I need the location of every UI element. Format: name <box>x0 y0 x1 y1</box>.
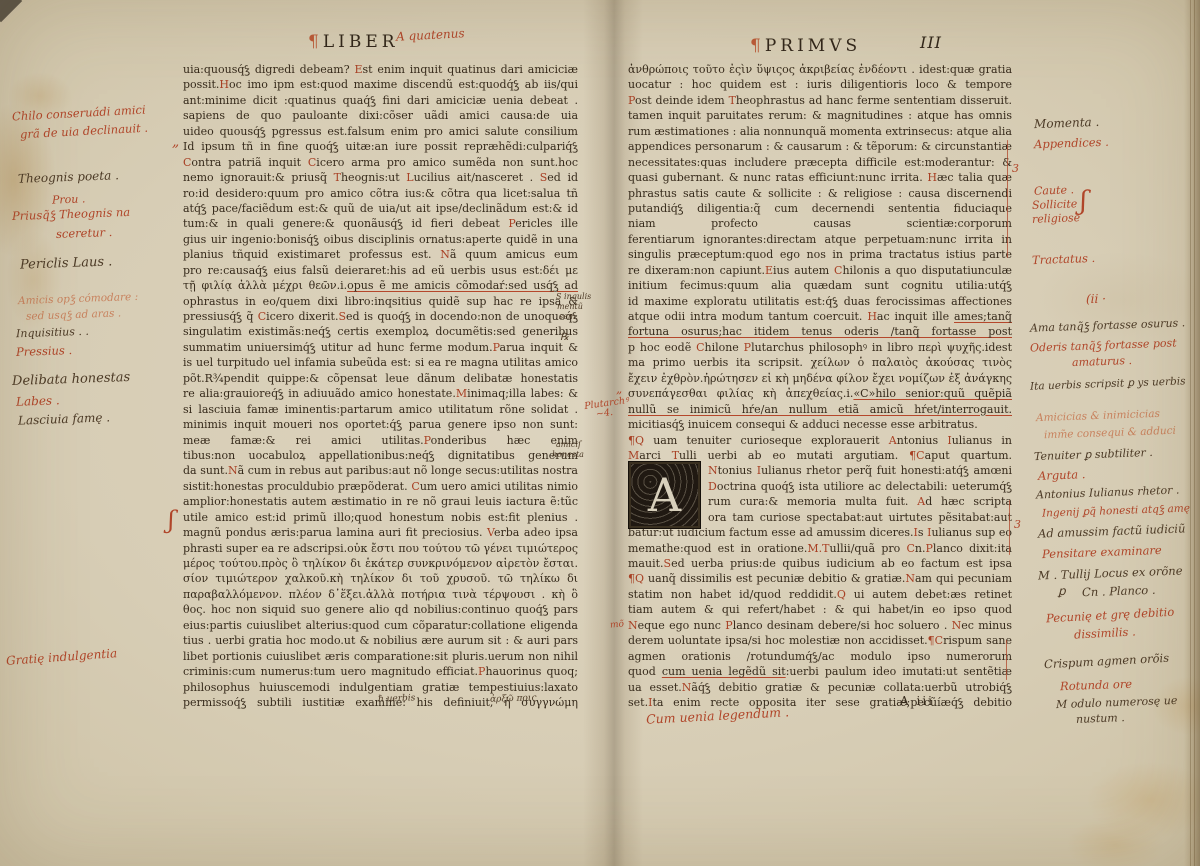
text-line: fortuna osurus;hac itidem tenus oderis /… <box>628 324 1012 339</box>
printed-text: eque ego nunc <box>638 619 726 632</box>
printed-text: ulli uerbi ab eo mutati argutiam. <box>679 449 909 462</box>
margin-annotation: Appendices . <box>1034 135 1109 152</box>
text-line: tibus:non uocabuloꝝ appellationibus:neq́… <box>183 448 578 463</box>
margin-annotation: Delibata honestas <box>12 370 131 389</box>
rubricated-text: H <box>219 78 229 91</box>
printed-text: meæ famæ:& rei amici utilitas. <box>183 434 424 447</box>
printed-text: heophrastus ad hanc ferme sententiam dis… <box>736 94 1012 107</box>
printed-text: atque odii intra modum tantum coercuit. <box>628 310 867 323</box>
printed-text: ac inquit ille <box>877 310 954 323</box>
rubricated-text: M <box>456 387 467 400</box>
printed-text: magnũ pondus æris:parua lamina auri fit … <box>183 526 487 539</box>
text-line: ¶Q uanq̃ dissimilis est pecuniæ debitio … <box>628 571 1012 586</box>
running-title-right: PRIMVS <box>765 36 861 56</box>
rubricated-text: A <box>917 495 925 508</box>
text-line: uideo quousq́ꝣ pgressus est.falsum enim … <box>183 124 578 139</box>
pilcrow-icon: ¶ <box>308 32 319 52</box>
right-running-title: ¶PRIMVS <box>750 36 861 56</box>
text-line: μέρος τούτου.πρὸς ὃ τηλίκον δι ἑκάτερ συ… <box>183 556 578 571</box>
text-line: põt.R¾pendit quippe:& cõpensat leue dãnu… <box>183 371 578 386</box>
margin-annotation: Prou . <box>52 192 86 206</box>
rubricated-text: D <box>708 480 717 493</box>
rubricated-text: T <box>672 449 679 462</box>
margin-annotation: Inquisitius . . <box>16 325 89 341</box>
text-line: sapiens de quo pauloante dixi:cõser uãdi… <box>183 108 578 123</box>
margin-annotation: mõ <box>610 619 625 630</box>
printed-text: heognis:ut <box>341 171 406 184</box>
printed-text: rum æstimationes : alia nonnunquã moment… <box>628 125 1012 139</box>
margin-annotation: Caute . <box>1034 183 1074 197</box>
printed-text: sistit:honestas proculdubio præpõderat. <box>183 480 411 493</box>
rubricated-text: T <box>334 171 341 184</box>
text-line: da sunt.Nã cum in rebus aut paribus:aut … <box>183 463 578 478</box>
text-line: si lasciuia famæ iminentis:partarum amic… <box>183 402 578 417</box>
margin-annotation: Ingenij ꝑq̃ honesti atqꝣ amę <box>1042 501 1190 520</box>
printed-text: amplior:honestatis autem æstimatio in re… <box>183 495 578 509</box>
text-line: τῇ φιλίᾳ ἀλλὰ μέχρι θεῶν.i.opus ẽ me ami… <box>183 278 578 293</box>
printed-text: id maxime exploratu utilitatis est:q́ꝣ d… <box>628 295 1012 309</box>
text-line: nemo ignorauit:& priusq̃ Theognis:ut Luc… <box>183 170 578 185</box>
text-line: uia:quousq́ꝣ digredi debeam? Est enim in… <box>183 62 578 77</box>
text-line: ro:id desidero:quum pro amico cõtra ius:… <box>183 186 578 201</box>
text-line: ua esset.Nãq́ꝣ debitio gratiæ & pecuniæ … <box>628 680 1012 695</box>
text-line: rum æstimationes : alia nonnunquã moment… <box>628 124 1012 139</box>
rubricated-text: C <box>258 310 266 323</box>
printed-text: planius tñquid existimaret professus est… <box>183 248 440 261</box>
margin-annotation: Tractatus . <box>1032 251 1096 267</box>
text-line: σίον τιμιώτερον χαλκοῦ.κὴ τηλίκον δι τοῦ… <box>183 571 578 586</box>
margin-annotation: Gratię indulgentia <box>6 646 118 668</box>
printed-text: n. <box>915 542 926 555</box>
text-line: phrastus satis caute & sollicite : & rel… <box>628 186 1012 201</box>
printed-text: ἀνθρώποις τοῦτο ἐςὶν ὕψιςος ἀκριβείας ἐν… <box>628 63 1012 77</box>
margin-annotation: Ama tanq̃ꝣ fortasse osurus . <box>1030 315 1186 335</box>
printed-text: da sunt. <box>183 464 228 477</box>
text-line: p hoc eodẽ Chilone Plutarchus philosophꝰ… <box>628 340 1012 355</box>
margin-annotation: ἀρξῶ ποις <box>490 693 537 705</box>
text-line: minimis inquit moueri nos oportet:q́ꝣ pa… <box>183 417 578 432</box>
printed-text: uanq̃ dissimilis est pecuniæ debitio & g… <box>644 572 905 585</box>
printed-text: singulis præceptum:quod ego nos in prima… <box>628 248 1012 262</box>
rubricated-text: ¶C <box>909 449 924 462</box>
printed-text: ant:minime dicit :quatinus quaq́ꝣ fini d… <box>183 94 578 107</box>
text-line: uocatur : hoc quidem est : iuris diligen… <box>628 77 1012 92</box>
pilcrow-icon: ¶ <box>750 36 761 56</box>
printed-text: criminis:cum numerus:tum uero magnitudo … <box>183 665 478 678</box>
text-line: meæ famæ:& rei amici utilitas.Ponderibus… <box>183 433 578 448</box>
printed-text: lanco desinam debere/si hoc soluero . <box>733 619 952 632</box>
printed-text: derem uoluntate ipsa/si hoc molestiæ non… <box>628 634 928 647</box>
text-line: Post deinde idem Theophrastus ad hanc fe… <box>628 93 1012 108</box>
printed-text: ed uerba prius:de quibus iudicium ab eo … <box>628 557 1012 571</box>
printed-text: si lasciuia famæ iminentis:partarum amic… <box>183 403 578 416</box>
text-line: libet portionis cuiuslibet æris comparat… <box>183 649 578 664</box>
printed-text: initium fecimus:quum alia quædam sunt co… <box>628 279 1012 293</box>
text-line: micitiasq́ꝣ inuicem consequi & adduci ne… <box>628 417 1012 432</box>
text-line: atq́ꝣ pace/faciẽdum est:& quũ de uia/ut … <box>183 201 578 216</box>
margin-annotation: Antonius Iulianus rhetor . <box>1036 484 1180 502</box>
text-line: utile amico est:id primũ illo;quod hones… <box>183 510 578 525</box>
text-line: id maxime exploratu utilitatis est:q́ꝣ d… <box>628 294 1012 309</box>
printed-text: minimis inquit moueri nos oportet:q́ꝣ pa… <box>183 418 578 432</box>
rubricated-text: N <box>682 681 692 694</box>
text-line: is uel turpitudo uel infamia subeũda est… <box>183 355 578 370</box>
text-line: initium fecimus:quum alia quædam sunt co… <box>628 278 1012 293</box>
printed-text: uam tenuiter curioseque explorauerit <box>644 434 889 447</box>
printed-text: quod <box>628 665 662 678</box>
margin-annotation: (ii · <box>1086 292 1106 306</box>
text-line: tum:& in quali genere:& quonãusq́ꝣ id fi… <box>183 216 578 231</box>
text-line: ¶Q uam tenuiter curioseque explorauerit … <box>628 433 1012 448</box>
printed-text: ã cum in rebus aut paribus:aut nõ longe … <box>183 464 578 478</box>
printed-text: uideo quousq́ꝣ pgressus est.falsum enim … <box>183 125 578 139</box>
margin-annotation: amiciſ <box>556 440 581 449</box>
margin-annotation: Lasciuia famę . <box>18 410 111 427</box>
printed-text: memathe:quod est in oratione. <box>628 542 807 555</box>
printed-text: pressiusq́ꝣ q̃ <box>183 310 258 323</box>
rubricated-text: M.T <box>807 542 829 555</box>
text-line: mauit.Sed uerba prius:de quibus iudicium… <box>628 556 1012 571</box>
printed-text: uocatur : hoc quidem est : iuris diligen… <box>628 78 1012 91</box>
margin-annotation: Tenuiter ꝑ subtiliter . <box>1034 446 1153 463</box>
printed-text: statim non habet id/quod reddidit. <box>628 588 837 601</box>
printed-text: ontra patriã inquit <box>191 156 307 169</box>
margin-annotation: ℏ uerbis <box>378 693 416 704</box>
printed-text: tum:& in quali genere:& quonãusq́ꝣ id fi… <box>183 217 508 230</box>
printed-text: s <box>918 526 927 539</box>
printed-text: philosophus huiuscemodi indulgentiam gra… <box>183 681 578 695</box>
margin-annotation: S ingulis <box>556 292 591 301</box>
text-line: ophrastus in eo/quem dixi libro:inqsitiu… <box>183 294 578 309</box>
margin-annotation: A quatenus <box>396 26 465 44</box>
printed-text: ἔχειν ἐχθρὸν.ἠρώτησεν εἰ κὴ μηδένα φίλον… <box>628 372 1012 386</box>
rubricated-text: Q <box>837 588 846 601</box>
rubricated-text: A <box>889 434 897 447</box>
margin-annotation: Pecunię et grę debitio <box>1046 605 1175 626</box>
rubricated-text: N <box>952 619 962 632</box>
margin-annotation: Periclis Laus . <box>20 254 113 272</box>
rubricated-text: N <box>228 464 238 477</box>
printed-text: gius uir ingenio:bonisq́ꝣ oibus discipli… <box>183 233 578 247</box>
page-edge <box>1184 0 1200 866</box>
printed-text: possit. <box>183 78 219 91</box>
margin-annotation: Crispum agmen orõis <box>1044 651 1170 672</box>
printed-text: singulatim existimãs:neq́ꝣ certis exempl… <box>183 325 578 339</box>
text-line: tius . uerbi gratia hoc modo.ut & nobili… <box>183 633 578 648</box>
margin-annotation: Labes . <box>16 393 60 409</box>
printed-text: erba adeo ipsa <box>494 526 578 539</box>
text-line: tiam autem & qui refert/habet : & qui ha… <box>628 602 1012 617</box>
printed-text: ferentiarum ignorantes:directam atque pe… <box>628 233 1012 247</box>
margin-annotation: ~4. <box>595 407 613 420</box>
rubricated-text: C <box>906 542 914 555</box>
rubricated-text: T <box>729 94 736 107</box>
initial-letter: A <box>648 472 681 518</box>
text-line: ferentiarum ignorantes:directam atque pe… <box>628 232 1012 247</box>
text-line: re dixeram:non capiunt.Eius autem Chilon… <box>628 263 1012 278</box>
margin-annotation: religiose <box>1032 211 1081 226</box>
text-line: θος. hoc non siquid suo genere alio qd n… <box>183 602 578 617</box>
text-line: agmen orationis /rotundumq́ꝣ/ac modulo i… <box>628 649 1012 664</box>
text-line: appendices personarum : & causarum : & t… <box>628 139 1012 154</box>
margin-annotation: imm̃e consequi & adduci <box>1044 425 1176 442</box>
margin-annotation: sceretur . <box>56 225 113 241</box>
margin-annotation: Rotunda ore <box>1060 677 1133 694</box>
text-line: Neque ego nunc Planco desinam debere/si … <box>628 618 1012 633</box>
rubricated-text: L <box>406 171 413 184</box>
text-line: atque odii intra modum tantum coercuit. … <box>628 309 1012 324</box>
rubricated-text: P <box>424 434 431 447</box>
text-line: set.Ita enim recte opposita iter sese gr… <box>628 695 1012 710</box>
printed-text: nemo ignorauit:& priusq̃ <box>183 171 334 184</box>
text-line: statim non habet id/quod reddidit.Q ui a… <box>628 587 1012 602</box>
rubricated-text: H <box>927 171 937 184</box>
rubricated-text: M <box>628 449 639 462</box>
margin-annotation: Momenta . <box>1034 115 1100 131</box>
text-line: summatim uniuersimq́ꝣ utitur ad hunc fer… <box>183 340 578 355</box>
printed-text: is uel turpitudo uel infamia subeũda est… <box>183 356 578 370</box>
printed-text: ucilius ait/nasceret . <box>414 171 540 184</box>
margin-annotation: Ad amussim factũ iudiciũ <box>1038 521 1186 540</box>
page-edge-line <box>1190 0 1191 866</box>
printed-text: utile amico est:id primũ illo;quod hones… <box>183 511 578 525</box>
text-line: re alia:grauioreq́ꝣ in adiuuãdo amico ho… <box>183 386 578 401</box>
rubricated-text: C <box>411 480 419 493</box>
rubricated-text: H <box>867 310 877 323</box>
margin-annotation: 3 <box>1014 518 1021 531</box>
printed-text: sapiens de quo pauloante dixi:cõser uãdi… <box>183 109 578 123</box>
margin-annotation: M odulo numerosę ue <box>1056 694 1178 711</box>
margin-annotation: Amicicias & inimicicias <box>1036 408 1160 424</box>
printed-text: ophrastus in eo/quem dixi libro:inqsitiu… <box>183 295 578 309</box>
printed-text: icero dixerit. <box>266 310 338 323</box>
margin-annotation: ʃ <box>1080 186 1087 216</box>
printed-text: rum cura:& memoria multa fuit. <box>708 495 917 508</box>
printed-text: tonius <box>718 464 757 477</box>
text-line: possit.Hoc imo ipm est:quod maxime disce… <box>183 77 578 92</box>
text-line: ma primo uerbis ita scripsit. χείλων ὁ π… <box>628 355 1012 370</box>
text-line: Id ipsum tñ in fine quoq́ꝣ uitæ:an iure … <box>183 139 578 154</box>
text-line: quasi gubernant. & nunc ratas efficiunt:… <box>628 170 1012 185</box>
printed-text: summatim uniuersimq́ꝣ utitur ad hunc fer… <box>183 341 493 354</box>
margin-annotation: M . Tullij Locus ex orõne <box>1038 563 1183 582</box>
margin-annotation: sem. <box>559 312 578 321</box>
red-underlined-text: cum uenia legẽdũ sit <box>662 665 786 678</box>
printed-text: R¾pendit quippe:& cõpensat leue dãnum de… <box>183 372 578 386</box>
margin-annotation: „ <box>616 382 622 396</box>
margin-annotation: ℞ <box>560 332 569 343</box>
printed-text: tibus:non uocabuloꝝ appellationibus:neq́… <box>183 449 578 463</box>
printed-text: libet portionis cuiuslibet æris comparat… <box>183 650 578 664</box>
printed-text: re dixeram:non capiunt. <box>628 264 765 277</box>
printed-text: eius:partis cuiuslibet alterius:quod cum… <box>183 619 578 633</box>
margin-annotation: grã de uia declinauit . <box>20 121 149 142</box>
printed-text: putandiq́ꝣ diligentia:q̃ cum decernendi … <box>628 202 1012 216</box>
text-line: Contra patriã inquit Cicero arma pro ami… <box>183 155 578 170</box>
text-line: planius tñquid existimaret professus est… <box>183 247 578 262</box>
text-line: necessitates:quas includere præcepta dif… <box>628 155 1012 170</box>
margin-annotation: Cn . Planco . <box>1082 583 1156 600</box>
text-line: παραβαλλόμενον. πλέον δ᾽ἕξει.ἀλλὰ ποτήρι… <box>183 587 578 602</box>
printed-text: Id ipsum tñ in fine quoq́ꝣ uitæ:an iure … <box>183 140 578 154</box>
page-edge-line <box>1194 0 1195 866</box>
printed-text: pro re:causaq́ꝣ eius falsũ deieraret:his… <box>183 264 578 278</box>
printed-text: tiam autem & qui refert/habet : & qui ha… <box>628 603 1012 617</box>
text-line: ἔχειν ἐχθρὸν.ἠρώτησεν εἰ κὴ μηδένα φίλον… <box>628 371 1012 386</box>
printed-text: oc imo ipm est:quod maxime discendũ est:… <box>183 78 578 92</box>
margin-annotation: Oderis tanq̃ꝣ fortasse post <box>1030 335 1177 355</box>
rubricated-text: ¶C <box>928 634 943 647</box>
rubric-line-mark <box>1006 640 1007 680</box>
text-line: gius uir ingenio:bonisq́ꝣ oibus discipli… <box>183 232 578 247</box>
printed-text: re alia:grauioreq́ꝣ in adiuuãdo amico ho… <box>183 387 456 400</box>
text-line: sistit:honestas proculdubio præpõderat. … <box>183 479 578 494</box>
corner-notch <box>0 0 22 22</box>
right-text-column: ἀνθρώποις τοῦτο ἐςὶν ὕψιςος ἀκριβείας ἐν… <box>628 62 1012 710</box>
printed-text: μέρος τούτου.πρὸς ὃ τηλίκον δι ἑκάτερ συ… <box>183 557 578 571</box>
rubricated-text: P <box>926 542 933 555</box>
text-line: putandiq́ꝣ diligentia:q̃ cum decernendi … <box>628 201 1012 216</box>
folio-number: III <box>920 33 942 52</box>
text-line: singulis præceptum:quod ego nos in prima… <box>628 247 1012 262</box>
rubricated-text: S <box>338 310 346 323</box>
printed-text: necessitates:quas includere præcepta dif… <box>628 156 1012 170</box>
margin-annotation: dissimilis . <box>1074 624 1136 641</box>
printed-text: τῇ φιλίᾳ ἀλλὰ μέχρι θεῶν.i. <box>183 279 347 292</box>
margin-annotation: ꝑ <box>1058 584 1066 598</box>
left-running-title: ¶LIBER <box>308 32 399 52</box>
running-title-left: LIBER <box>323 32 399 52</box>
text-line: ant:minime dicit :quatinus quaq́ꝣ fini d… <box>183 93 578 108</box>
printed-text: ma primo uerbis ita scripsit. χείλων ὁ π… <box>628 356 1012 370</box>
text-line: criminis:cum numerus:tum uero magnitudo … <box>183 664 578 679</box>
rubricated-text: P <box>744 341 751 354</box>
printed-text: tius . uerbi gratia hoc modo.ut & nobili… <box>183 634 578 648</box>
book-spread: ¶LIBER ¶PRIMVS III uia:quousq́ꝣ digredi … <box>0 0 1200 866</box>
rubricated-text: ¶Q <box>628 572 644 585</box>
printed-text: aput quartum. <box>925 449 1012 462</box>
rubricated-text: P <box>493 341 500 354</box>
printed-text: ius autem <box>773 264 834 277</box>
rubricated-text: P <box>725 619 732 632</box>
printed-text: quasi gubernant. & nunc ratas efficiunt:… <box>628 171 927 184</box>
text-line: philosophus huiuscemodi indulgentiam gra… <box>183 680 578 695</box>
text-line: memathe:quod est in oratione.M.Tullii/qu… <box>628 541 1012 556</box>
left-text-column: uia:quousq́ꝣ digredi debeam? Est enim in… <box>183 62 578 710</box>
printed-text: hauorinus quoq; <box>485 665 578 678</box>
printed-text: ta enim recte opposita iter sese gratiæ;… <box>628 696 1012 710</box>
text-line: συνεπάγεσθαι φιλίας κὴ ἀπεχθείας.i.«C»hi… <box>628 386 1012 401</box>
margin-annotation: Sollicite . <box>1032 197 1085 212</box>
printed-text: hilone <box>704 341 743 354</box>
margin-annotation: Ita uerbis scripsit ꝑ ys uerbis <box>1030 375 1186 392</box>
margin-annotation: Pensitare examinare <box>1042 543 1162 561</box>
rubricated-text: E <box>765 264 773 277</box>
printed-text: ua esset. <box>628 681 682 694</box>
text-line: singulatim existimãs:neq́ꝣ certis exempl… <box>183 324 578 339</box>
printed-text: phrasti super ea re adscripsi.οὐκ ἔστι π… <box>183 542 578 556</box>
printed-text: ullii/quã pro <box>830 542 907 555</box>
printed-text: uia:quousq́ꝣ digredi debeam? <box>183 63 354 76</box>
text-line: derem uoluntate ipsa/si hoc molestiæ non… <box>628 633 1012 648</box>
rubricated-text: N <box>905 572 915 585</box>
rubricated-text: N <box>708 464 718 477</box>
printed-text: ntonius <box>897 434 948 447</box>
margin-annotation: „ <box>172 134 179 150</box>
margin-annotation: sed usqꝣ ad aras . <box>26 306 122 323</box>
margin-annotation: Theognis poeta . <box>18 168 119 186</box>
printed-text: παραβαλλόμενον. πλέον δ᾽ἕξει.ἀλλὰ ποτήρι… <box>183 588 578 602</box>
printed-text: arci <box>639 449 671 462</box>
text-line: quod cum uenia legẽdũ sit:uerbi paulum i… <box>628 664 1012 679</box>
margin-annotation: Chilo conseruádi amici <box>12 103 146 124</box>
text-line: niam profecto causas scientiæ:corporum u… <box>628 216 1012 231</box>
margin-annotation: nustum . <box>1076 711 1125 726</box>
printed-text: ora tam curiose spectabat:aut uirtutes p… <box>708 511 1012 525</box>
rubric-line-mark <box>1007 140 1008 258</box>
text-line: amplior:honestatis autem æstimatio in re… <box>183 494 578 509</box>
printed-text: mauit. <box>628 557 664 570</box>
margin-annotation: mentũ <box>557 302 583 311</box>
quire-signature: A iii <box>900 694 934 708</box>
rubricated-text: S <box>664 557 672 570</box>
text-line: magnũ pondus æris:parua lamina auri fit … <box>183 525 578 540</box>
margin-annotation: Pressius . <box>16 343 73 359</box>
printed-text: batur:ut iudicium factum esse ad amussim… <box>628 526 914 539</box>
printed-text: niam profecto causas scientiæ:corporum u… <box>628 217 1012 231</box>
printed-text: phrastus satis caute & sollicite : & rel… <box>628 187 1012 201</box>
red-underlined-text: fortuna osurus;hac itidem tenus oderis /… <box>628 325 1012 339</box>
printed-text: σίον τιμιώτερον χαλκοῦ.κὴ τηλίκον δι τοῦ… <box>183 572 578 586</box>
printed-text: συνεπάγεσθαι φιλίας κὴ ἀπεχθείας.i. <box>628 387 853 400</box>
text-line: eius:partis cuiuslibet alterius:quod cum… <box>183 618 578 633</box>
printed-text: tamen inquit paruitates rerum: & magnitu… <box>628 109 1012 123</box>
text-line: nullũ se inimicũ hŕe/an nullum etiã ami… <box>628 402 1012 417</box>
printed-text: θος. hoc non siquid suo genere alio qd n… <box>183 603 578 616</box>
text-line: pro re:causaq́ꝣ eius falsũ deieraret:his… <box>183 263 578 278</box>
text-line: ἀνθρώποις τοῦτο ἐςὶν ὕψιςος ἀκριβείας ἐν… <box>628 62 1012 77</box>
margin-annotation: ʃ <box>168 506 175 534</box>
printed-text: agmen orationis /rotundumq́ꝣ/ac modulo i… <box>628 650 1012 664</box>
woodcut-initial-A: A <box>629 462 700 528</box>
rubric-line-mark <box>1009 500 1010 555</box>
printed-text: ro:id desidero:quum pro amico cõtra ius:… <box>183 187 578 201</box>
margin-annotation: 3 <box>1012 162 1019 175</box>
printed-text: micitiasq́ꝣ inuicem consequi & adduci ne… <box>628 418 978 431</box>
printed-text: põt. <box>183 372 205 385</box>
text-line: phrasti super ea re adscripsi.οὐκ ἔστι π… <box>183 541 578 556</box>
printed-text: atq́ꝣ pace/faciẽdum est:& quũ de uia/ut … <box>183 202 578 216</box>
printed-text: æc talia quæ <box>937 171 1012 184</box>
rubricated-text: V <box>487 526 494 539</box>
rubricated-text: N <box>628 619 638 632</box>
rubricated-text: N <box>440 248 450 261</box>
printed-text: octrina quoq́ꝣ ista utiliore ac delectab… <box>708 480 1012 494</box>
rubricated-text: P <box>628 94 635 107</box>
red-underlined-text: nullũ se inimicũ hŕe/an nullum etiã ami… <box>628 403 1012 416</box>
text-line: tamen inquit paruitates rerum: & magnitu… <box>628 108 1012 123</box>
margin-annotation: amaturus . <box>1072 354 1132 369</box>
text-line: pressiusq́ꝣ q̃ Cicero dixerit.Sed is quo… <box>183 309 578 324</box>
printed-text: set. <box>628 696 648 709</box>
margin-annotation: honesta <box>552 450 584 459</box>
printed-text: ost deinde idem <box>635 94 729 107</box>
printed-text: p hoc eodẽ <box>628 341 696 354</box>
printed-text: appendices personarum : & causarum : & t… <box>628 140 1012 154</box>
rubricated-text: ¶Q <box>628 434 644 447</box>
margin-annotation: Priusq̃ꝣ Theognis na <box>12 205 131 224</box>
margin-annotation: Arguta . <box>1038 467 1086 483</box>
